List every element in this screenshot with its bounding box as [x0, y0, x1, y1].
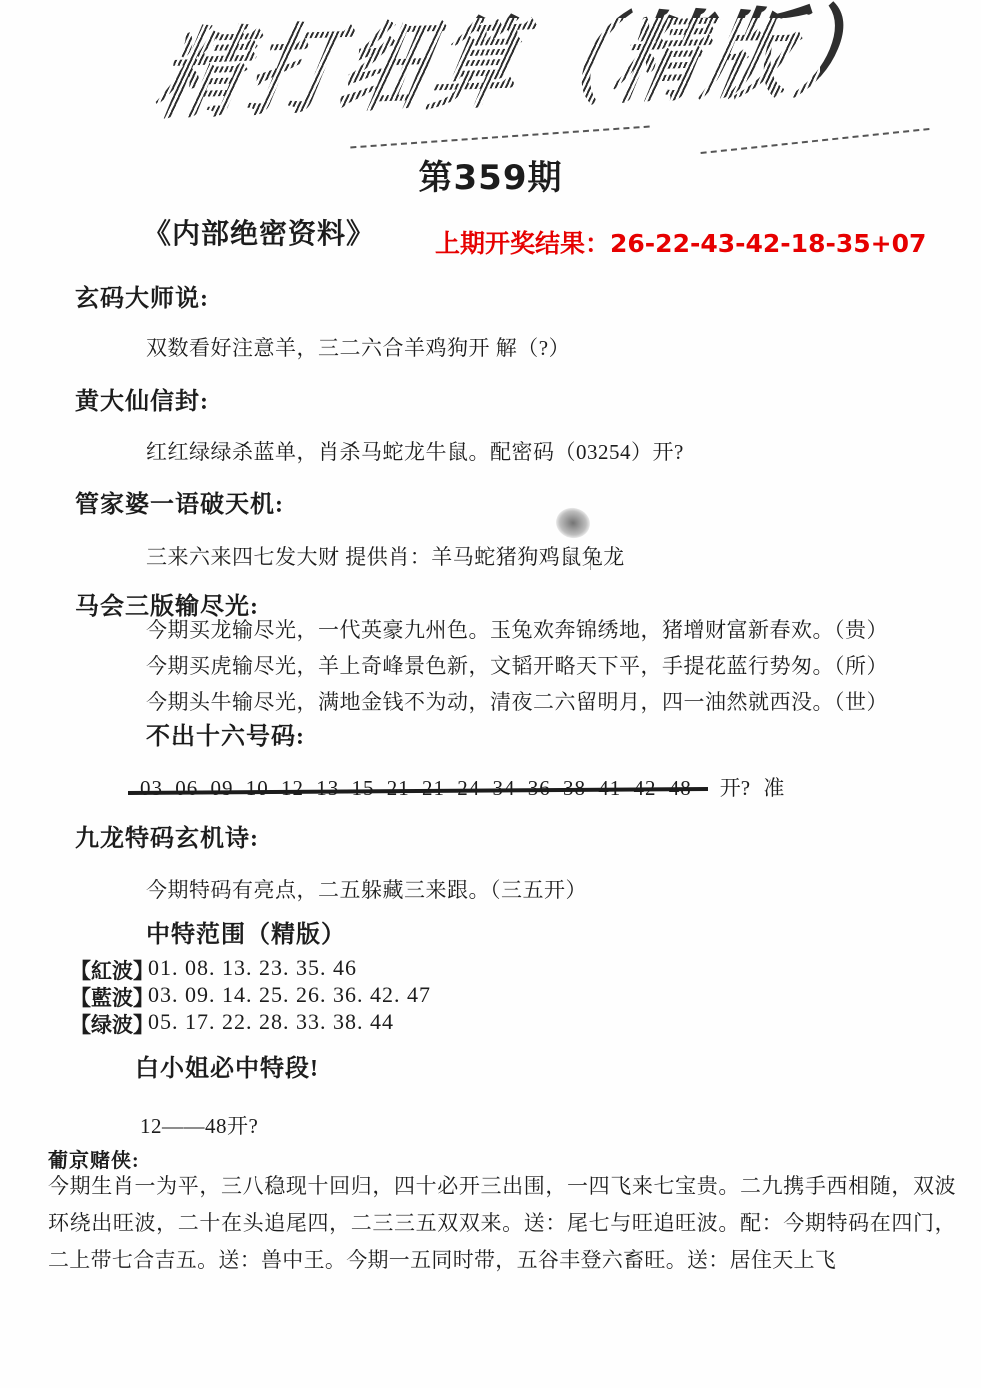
huangdaxian-content: 红红绿绿杀蓝单，肖杀马蛇龙牛鼠。配密码（03254）开?: [146, 436, 684, 466]
issue-number: 第359期: [0, 150, 981, 199]
last-draw-result-value: 26-22-43-42-18-35+07: [610, 229, 926, 258]
masthead: 精打细算（精版）: [140, 18, 820, 158]
green-wave-numbers: 05. 17. 22. 28. 33. 38. 44: [148, 1009, 394, 1035]
section-header-buchu: 不出十六号码:: [146, 716, 305, 751]
mahui-line: 今期买龙输尽光，一代英豪九州色。玉兔欢奔锦绣地，猪增财富新春欢。（贵）: [146, 614, 888, 644]
pujing-paragraph: 今期生肖一为平，三八稳现十回归，四十必开三出围，一四飞来七宝贵。二九携手西相随，…: [48, 1168, 956, 1279]
masthead-title-scrawl: 精打细算（精版）: [140, 0, 929, 139]
mahui-line: 今期买虎输尽光，羊上奇峰景色新，文韬开略天下平，手提花蓝行势匆。（所）: [146, 650, 888, 680]
lottery-tip-sheet: 精打细算（精版） 第359期 《内部绝密资料》 上期开奖结果：26-22-43-…: [0, 0, 981, 1388]
last-draw-result: 上期开奖结果：26-22-43-42-18-35+07: [435, 224, 926, 260]
blue-wave-numbers: 03. 09. 14. 25. 26. 36. 42. 47: [148, 982, 431, 1008]
red-wave-label: 【紅波】: [70, 955, 154, 985]
zhongte-range-subheader: 中特范围（精版）: [146, 914, 346, 949]
excluded-numbers-suffix: 开? 准: [720, 776, 785, 800]
section-header-jiulong: 九龙特码玄机诗:: [75, 818, 259, 853]
red-wave-numbers: 01. 08. 13. 23. 35. 46: [148, 955, 357, 981]
section-header-xuanma: 玄码大师说:: [75, 278, 209, 313]
baixiaojie-range: 12——48开?: [140, 1110, 258, 1140]
blue-wave-label: 【藍波】: [70, 982, 154, 1012]
excluded-numbers-row: 03 06 09 10 12 13 15 21 21 24 34 36 38 4…: [134, 772, 784, 802]
guanjiapo-content: 三来六来四七发大财 提供肖：羊马蛇猪狗鸡鼠兔龙: [146, 541, 625, 571]
mahui-line: 今期头牛输尽光，满地金钱不为动，清夜二六留明月，四一油然就西没。（世）: [146, 686, 888, 716]
section-header-baixiaojie: 白小姐必中特段!: [135, 1048, 319, 1083]
scan-smudge-artifact: [553, 505, 592, 541]
excluded-numbers: 03 06 09 10 12 13 15 21 21 24 34 36 38 4…: [134, 776, 698, 801]
last-draw-result-label: 上期开奖结果：: [435, 229, 610, 258]
xuanma-content: 双数看好注意羊，三二六合羊鸡狗开 解（?）: [146, 332, 570, 362]
section-header-guanjiapo: 管家婆一语破天机:: [75, 484, 284, 519]
doc-label: 《内部绝密资料》: [143, 212, 375, 252]
green-wave-label: 【绿波】: [70, 1009, 154, 1039]
section-header-huangdaxian: 黄大仙信封:: [75, 381, 209, 416]
jiulong-content: 今期特码有亮点，二五躲藏三来跟。（三五开）: [146, 874, 587, 904]
